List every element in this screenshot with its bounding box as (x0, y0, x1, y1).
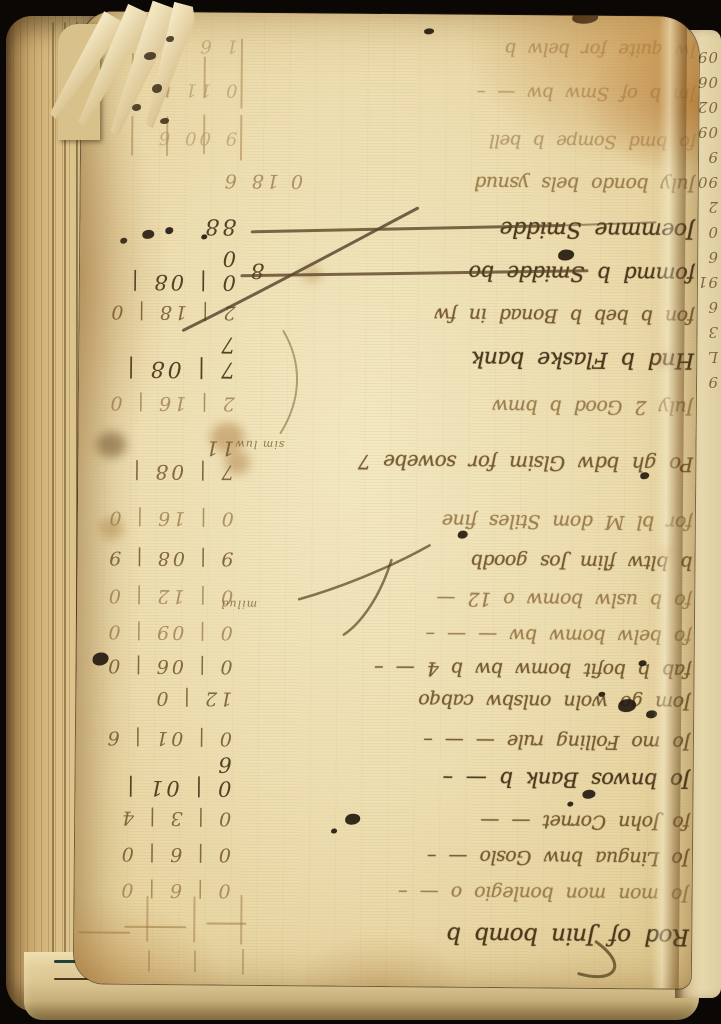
ledger-line: fommd b Smidde bo80 | 08 | 0 (100, 252, 695, 291)
ledger-amount-inline: 8 (248, 259, 265, 283)
photo-frame: 9 L 3 6 91 6 0 2 90 9 09 02 06 09 Jw qui… (0, 0, 721, 1024)
ledger-script: fo bmd Sompe b bell (237, 128, 696, 153)
ledger-line: fo John Cornet — —0 | 3 | 4 (95, 800, 690, 839)
ledger-script: fommd b Smidde bo (276, 259, 695, 287)
ledger-line: July bondo bels ysnud0 186 (101, 162, 696, 201)
ledger-amount-inline: 0 18 (249, 170, 304, 192)
ledger-line: July 2 Good b bmw2 | 16 | 0 (99, 385, 694, 424)
ledger-script: b bltw flim Jos goodb (233, 548, 692, 574)
ledger-amount: 0 | 3 | 4 (95, 806, 231, 829)
ledger-script: Jo mon mon bonlegio o — – (230, 880, 689, 906)
next-page-text-fragments: 9 L 3 6 91 6 0 2 90 9 09 02 06 09 (696, 44, 718, 394)
ruled-column-line (242, 949, 244, 975)
ruled-column-line (194, 950, 196, 972)
ledger-script: July bondo bels ysnud (315, 170, 696, 195)
ruled-column-line (148, 950, 150, 972)
ledger-amount: 7 | 08 | 7 (99, 330, 235, 381)
ledger-script: Jw quite for belw b (238, 36, 697, 61)
ledger-amount: 9 | 08 | 9 (97, 546, 233, 569)
ledger-amount (94, 931, 230, 932)
ledger-line: Jo mon mon bonlegio o — –0 | 6 | 0 (94, 872, 689, 911)
ledger-amount: 88 (100, 213, 236, 239)
ledger-line: Jom go woln onlsbw cabqo12 | 0 (96, 680, 691, 719)
ledger-line: Rod of Jnin bomb b (94, 914, 689, 953)
ledger-script: fo John Cornet — — (231, 808, 690, 834)
ledger-line: Jo Lingua bnw Goslo — –0 | 6 | 0 (95, 836, 690, 875)
ledger-line: fo belw bomw bw — — –0 | 09 | 0 (97, 614, 692, 653)
ledger-script: Jo mo Folling rule — — – (232, 728, 691, 754)
ink-blot (160, 118, 169, 124)
ledger-script: fo b uslw bomw o 12 — (233, 586, 692, 612)
ledger-script: July 2 Good b bmw (235, 393, 694, 419)
ledger-amount: 0 | 01 | 6 (95, 751, 231, 800)
ledger-amount: 0 | 6 | 0 (94, 878, 230, 901)
ledger-line: b bltw flim Jos goodb9 | 08 | 9 (97, 540, 692, 579)
ledger-amount: 0 | 16 | 0 (98, 506, 234, 529)
ledger-script: fo belw bomw bw — — – (233, 622, 692, 648)
ledger-script: Hnd b Flaske bank (235, 344, 694, 373)
interlinear-note: milud (137, 597, 257, 611)
ledger-line: for bl M dom Stiles fine0 | 16 | 0 (98, 500, 693, 539)
ledger-script: Po gh bdw Glsim for sowebe 7 (234, 449, 693, 477)
page-edge-crease (52, 22, 54, 1006)
ledger-script: Joemmne Smidde (236, 214, 695, 243)
ledger-script: fon b beb b Bonad in fw (236, 302, 695, 328)
ledger-line: fon b beb b Bonad in fw2 | 18 | 0 (99, 294, 694, 333)
ledger-line: Hnd b Flaske bank7 | 08 | 7 (99, 338, 694, 377)
ink-blot (120, 238, 127, 244)
dog-ear-folds (56, 0, 216, 160)
ledger-script: Jo Lingua bnw Goslo — – (231, 844, 690, 870)
ledger-amount: 12 | 0 (96, 686, 232, 709)
ledger-amount: 0 | 06 | 0 (96, 654, 232, 677)
ink-blot (582, 790, 595, 799)
ink-blot (132, 104, 141, 111)
ledger-amount: 0 | 01 | 6 (96, 726, 232, 749)
ledger-amount: 6 (101, 168, 237, 191)
ledger-amount: 2 | 18 | 0 (100, 300, 236, 323)
ledger-script: Jm b of Smw bw — – (237, 80, 696, 105)
ledger-line: Jo bnwos Bank b — –0 | 01 | 6 (95, 758, 690, 797)
ledger-amount: 2 | 16 | 0 (99, 391, 235, 414)
ledger-script: Jo bnwos Bank b — – (231, 765, 690, 793)
ledger-amount: 0 | 6 | 0 (95, 842, 231, 865)
ledger-amount: 0 | 09 | 0 (97, 620, 233, 643)
ledger-amount: 0 | 08 | 0 (100, 245, 236, 294)
interlinear-note: sim luw (164, 437, 284, 451)
ledger-script: fab b bofit bomw bw b 4 — – (232, 656, 691, 682)
ink-blot (572, 12, 598, 24)
ledger-script: Rod of Jnin bomb b (230, 920, 689, 950)
page-edge-crease (64, 22, 66, 1006)
ledger-line: Joemmne Smidde88 (100, 208, 695, 247)
